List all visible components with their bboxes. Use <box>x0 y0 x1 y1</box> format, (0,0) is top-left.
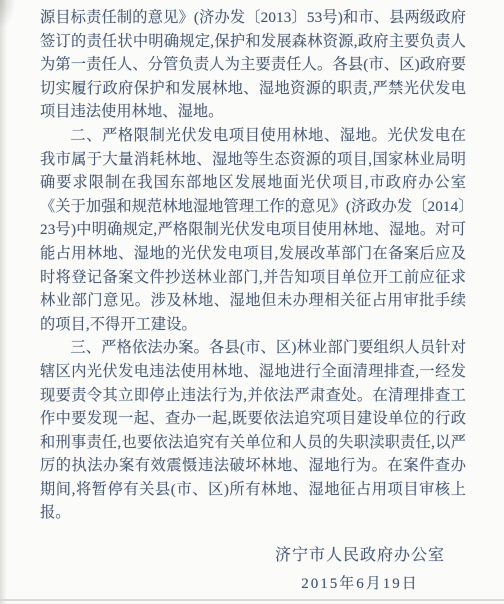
scan-line-artifact <box>0 599 504 601</box>
issuing-office: 济宁市人民政府办公室 <box>272 542 448 570</box>
document-page: 源目标责任制的意见》(济办发〔2013〕53号)和市、县两级政府签订的责任状中明… <box>0 0 504 604</box>
signature-block: 济宁市人民政府办公室 2015年6月19日 <box>272 542 448 598</box>
paragraph-section-2: 二、严格限制光伏发电项目使用林地、湿地。光伏发电在我市属于大量消耗林地、湿地等生… <box>40 124 466 336</box>
scan-edge-artifact <box>0 0 7 604</box>
issue-date: 2015年6月19日 <box>272 570 448 598</box>
paragraph-continuation: 源目标责任制的意见》(济办发〔2013〕53号)和市、县两级政府签订的责任状中明… <box>40 6 466 124</box>
document-body: 源目标责任制的意见》(济办发〔2013〕53号)和市、县两级政府签订的责任状中明… <box>40 6 466 598</box>
corner-smudge-artifact <box>0 0 16 30</box>
paragraph-section-3: 三、严格依法办案。各县(市、区)林业部门要组织人员针对辖区内光伏发电违法使用林地… <box>40 336 466 525</box>
